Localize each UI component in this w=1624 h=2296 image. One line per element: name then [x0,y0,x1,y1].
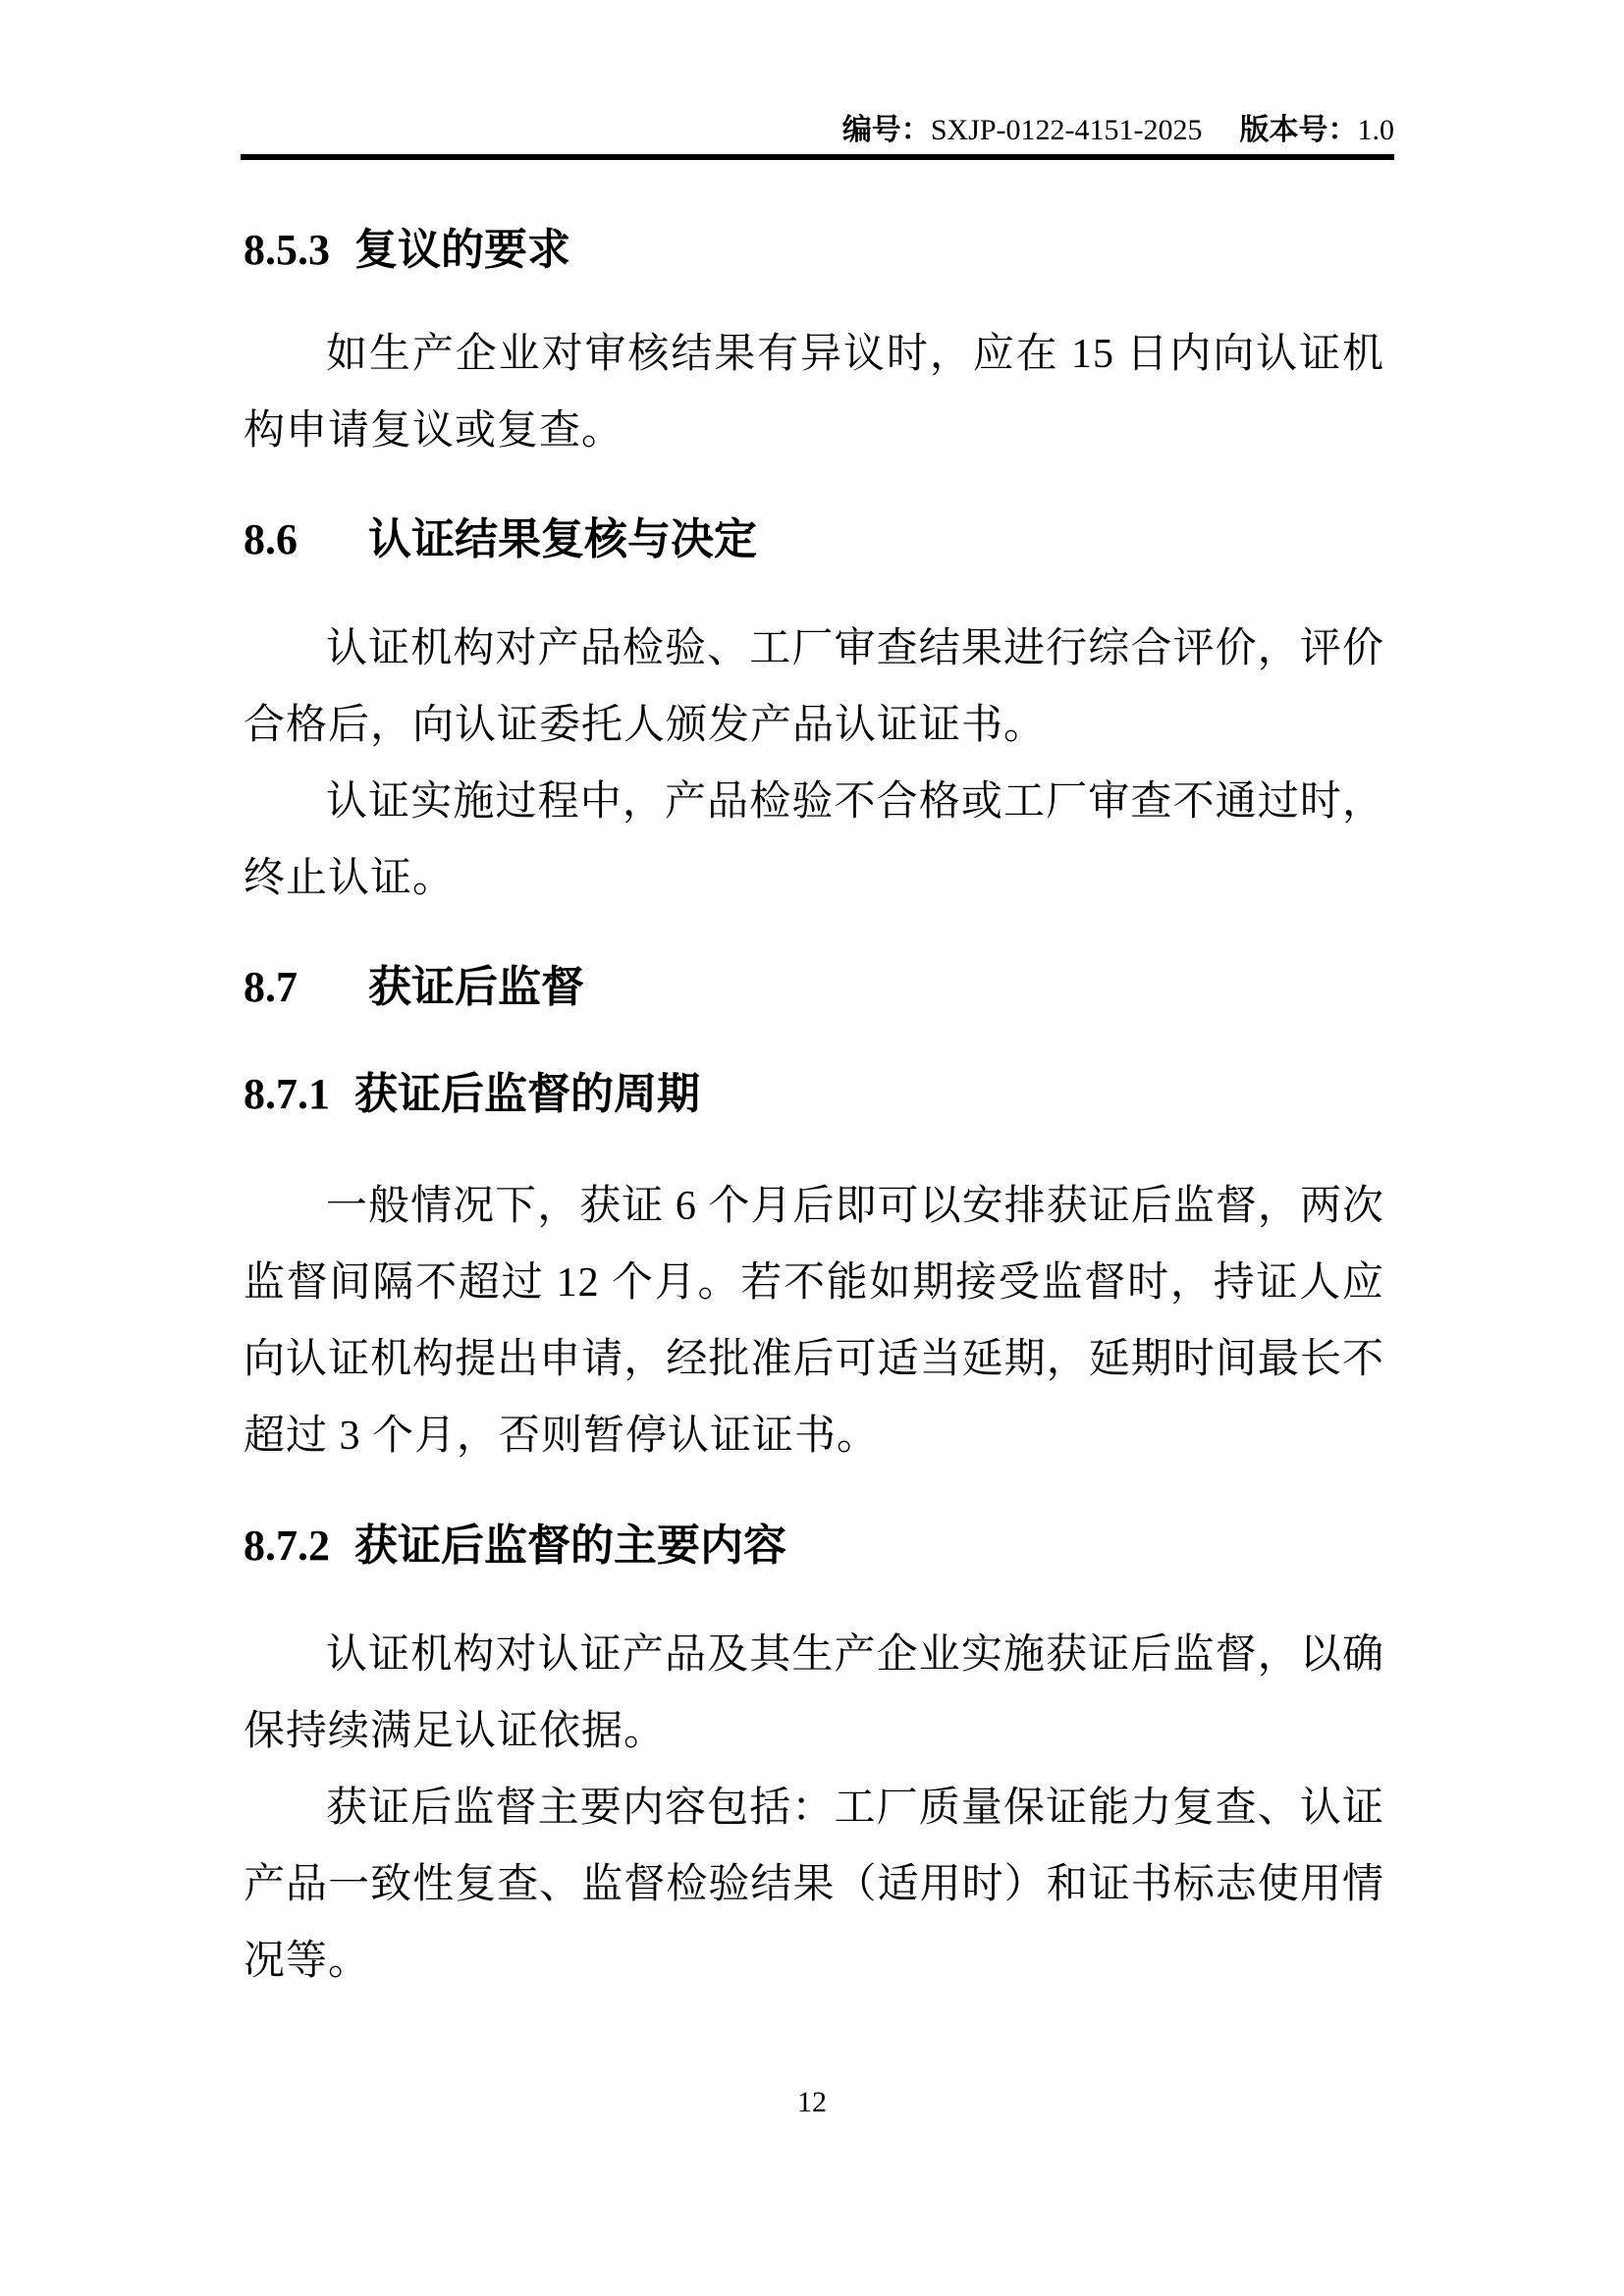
section-title: 获证后监督的周期 [354,1070,700,1118]
section-heading-8-7-2: 8.7.2获证后监督的主要内容 [244,1521,1384,1572]
section-number: 8.7.1 [244,1069,330,1120]
section-heading-8-7-1: 8.7.1获证后监督的周期 [244,1069,1384,1120]
section-title: 复议的要求 [354,226,570,274]
page-number: 12 [797,2086,827,2118]
paragraph-8-5-3: 如生产企业对审核结果有异议时，应在 15 日内向认证机构申请复议或复查。 [244,316,1384,469]
page-footer: 12 [0,2085,1624,2120]
paragraph-8-7-2-1: 认证机构对认证产品及其生产企业实施获证后监督，以确保持续满足认证依据。 [244,1617,1384,1770]
section-heading-8-5-3: 8.5.3复议的要求 [244,225,1384,276]
section-heading-8-7: 8.7获证后监督 [244,962,1384,1013]
section-number: 8.6 [244,514,298,565]
paragraph-8-6-1: 认证机构对产品检验、工厂审查结果进行综合评价，评价合格后，向认证委托人颁发产品认… [244,611,1384,764]
document-body: 8.5.3复议的要求 如生产企业对审核结果有异议时，应在 15 日内向认证机构申… [244,0,1384,2000]
paragraph-8-7-1: 一般情况下，获证 6 个月后即可以安排获证后监督，两次监督间隔不超过 12 个月… [244,1168,1384,1474]
section-heading-8-6: 8.6认证结果复核与决定 [244,514,1384,565]
paragraph-8-6-2: 认证实施过程中，产品检验不合格或工厂审查不通过时，终止认证。 [244,764,1384,917]
section-title: 获证后监督 [368,963,584,1011]
section-number: 8.7.2 [244,1521,330,1572]
section-number: 8.5.3 [244,225,330,276]
section-title: 认证结果复核与决定 [368,515,757,563]
section-number: 8.7 [244,962,298,1013]
document-page: 编号：SXJP-0122-4151-2025版本号：1.0 8.5.3复议的要求… [0,0,1624,2296]
section-title: 获证后监督的主要内容 [354,1522,786,1570]
paragraph-8-7-2-2: 获证后监督主要内容包括：工厂质量保证能力复查、认证产品一致性复查、监督检验结果（… [244,1770,1384,2000]
